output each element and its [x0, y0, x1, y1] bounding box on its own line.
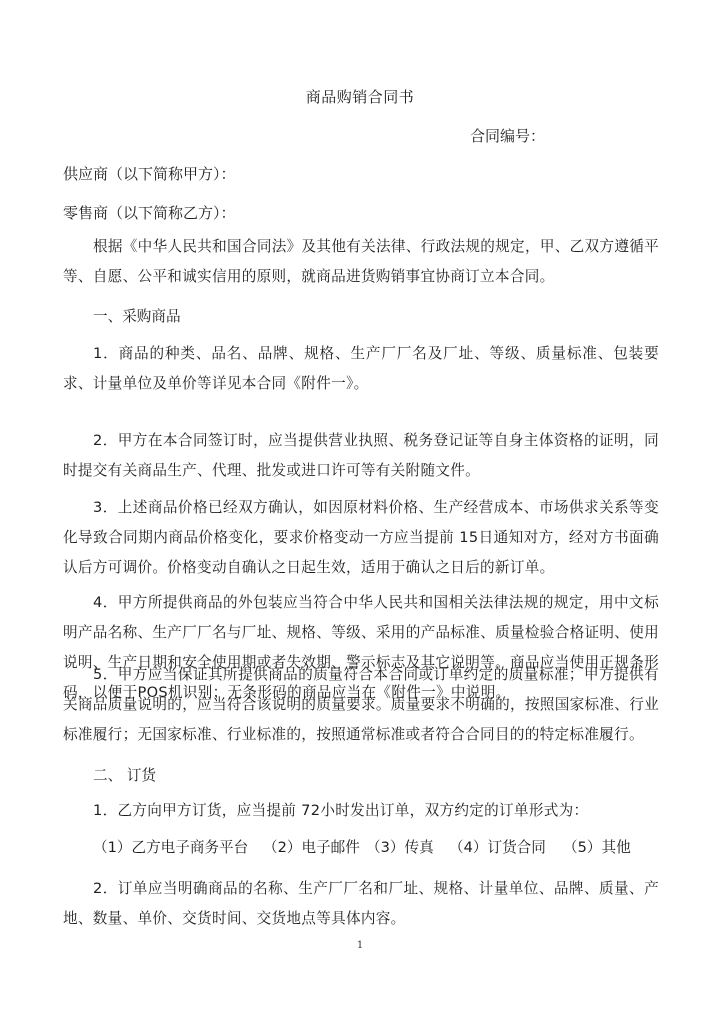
- order-form-option: （5）其他: [563, 836, 643, 857]
- clause-2-2: 2．订单应当明确商品的名称、生产厂厂名和厂址、规格、计量单位、品牌、质量、产地、…: [63, 874, 659, 934]
- document-title: 商品购销合同书: [0, 86, 720, 107]
- section-heading-ordering: 二、 订货: [93, 764, 156, 785]
- section-heading-purchase: 一、采购商品: [93, 305, 181, 326]
- clause-1-5: 5．甲方应当保证其所提供商品的质量符合本合同或订单约定的质量标准；甲方提供有关商…: [63, 660, 659, 750]
- order-form-option: （1）乙方电子商务平台: [93, 836, 263, 857]
- clause-1-1: 1．商品的种类、品名、品牌、规格、生产厂厂名及厂址、等级、质量标准、包装要求、计…: [63, 339, 659, 399]
- page-number: 1: [0, 940, 720, 951]
- order-forms-list: （1）乙方电子商务平台 （2）电子邮件 （3）传真 （4）订货合同 （5）其他: [93, 836, 643, 857]
- order-form-option: （3）传真: [366, 836, 449, 857]
- retailer-label: 零售商（以下简称乙方）：: [63, 202, 236, 223]
- contract-number-label: 合同编号：: [470, 125, 545, 146]
- preamble-paragraph: 根据《中华人民共和国合同法》及其他有关法律、行政法规的规定，甲、乙双方遵循平等、…: [63, 232, 659, 292]
- order-form-option: （4）订货合同: [449, 836, 563, 857]
- clause-1-2: 2．甲方在本合同签订时，应当提供营业执照、税务登记证等自身主体资格的证明，同时提…: [63, 426, 659, 486]
- clause-2-1: 1．乙方向甲方订货，应当提前 72小时发出订单，双方约定的订单形式为：: [63, 796, 659, 826]
- document-page: 商品购销合同书 合同编号： 供应商（以下简称甲方）： 零售商（以下简称乙方）： …: [0, 0, 720, 1017]
- clause-1-3: 3．上述商品价格已经双方确认，如因原材料价格、生产经营成本、市场供求关系等变化导…: [63, 493, 659, 583]
- order-form-option: （2）电子邮件: [263, 836, 366, 857]
- supplier-label: 供应商（以下简称甲方）：: [63, 163, 236, 184]
